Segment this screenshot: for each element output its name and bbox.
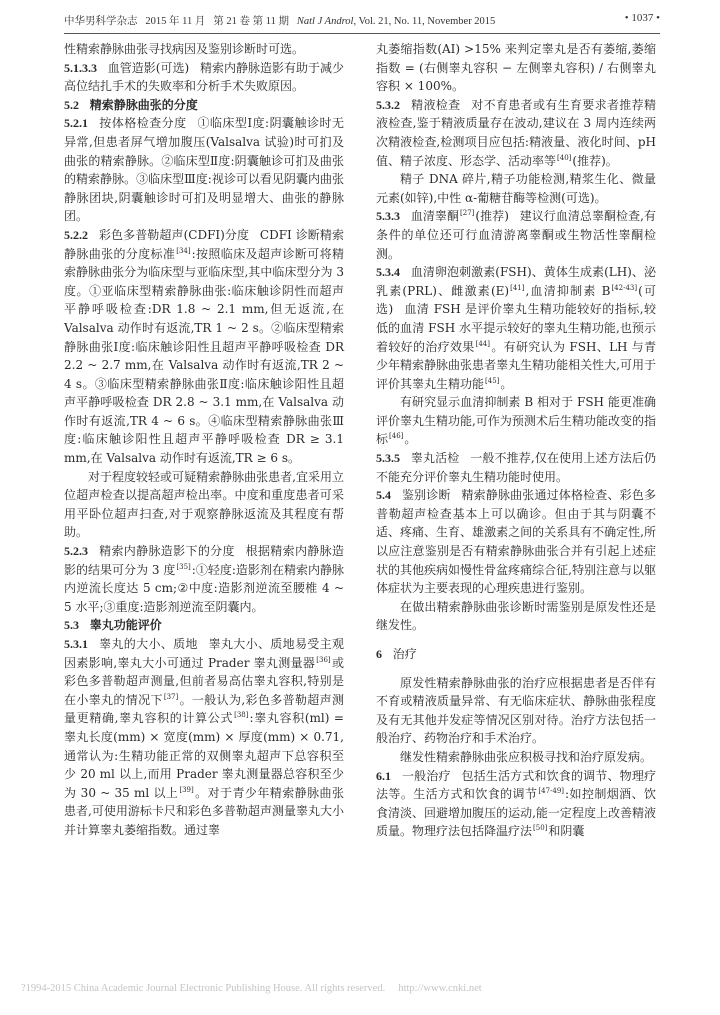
section-number: 5.3.3 [376,209,400,223]
section-5-3-4: 5.3.4血清卵泡刺激素(FSH)、黄体生成素(LH)、泌乳素(PRL)、雌激素… [376,263,656,393]
section-title: 治疗 [393,647,417,661]
citation-ref[interactable]: [27] [460,209,474,217]
section-number: 6.1 [376,769,391,783]
section-number: 5.4 [376,488,391,502]
citation-ref[interactable]: [42-43] [611,284,637,292]
section-text: :按照临床及超声诊断可将精索静脉曲张分为临床型与亚临床型,其中临床型分为 3 度… [64,247,344,466]
section-text: 精索内静脉造影有助于减少高位结扎手术的失败率和分析手术失败原因。 [64,61,344,94]
section-5-4: 5.4鉴别诊断精索静脉曲张通过体格检查、彩色多普勒超声检查基本上可以确诊。但由于… [376,486,656,598]
section-5-2-1: 5.2.1按体格检查分度①临床型Ⅰ度:阴囊触诊时无异常,但患者屏气增加腹压(Va… [64,114,344,226]
left-column: 性精索静脉曲张寻找病因及鉴别诊断时可选。 5.1.3.3血管造影(可选)精索内静… [64,40,344,840]
section-title: 睾丸的大小、质地 [99,637,198,651]
section-text: ①临床型Ⅰ度:阴囊触诊时无异常,但患者屏气增加腹压(Valsalva 试验)时可… [64,116,344,223]
volume-cn: 第 21 卷 第 11 期 [213,16,289,27]
paragraph-ultrasound: 对于程度较轻或可疑精索静脉曲张患者,宜采用立位超声检查以提高超声检出率。中度和重… [64,468,344,542]
paragraph-text: 有研究显示血清抑制素 B 相对于 FSH 能更准确评价睾丸生精功能,可作为预测术… [376,395,656,446]
section-text: 和阴囊 [548,824,584,838]
citation-ref[interactable]: [40] [557,154,571,162]
section-6-heading: 6治疗 [376,645,656,664]
section-title: 精液检查 [411,98,461,112]
section-5-1-3-3: 5.1.3.3血管造影(可选)精索内静脉造影有助于减少高位结扎手术的失败率和分析… [64,59,344,96]
paragraph-inhibin: 有研究显示血清抑制素 B 相对于 FSH 能更准确评价睾丸生精功能,可作为预测术… [376,393,656,449]
footer-url[interactable]: http://www.cnki.net [398,983,481,994]
section-title: 睾丸功能评价 [90,618,162,632]
section-title: 血清卵泡刺激素(FSH)、黄体生成素(LH)、泌乳素(PRL)、雌激素(E) [376,265,656,298]
citation-ref[interactable]: [45] [485,377,499,385]
section-number: 5.3 [64,618,79,632]
paragraph-sperm-dna: 精子 DNA 碎片,精子功能检测,精浆生化、微量元素(如锌),中性 α-葡糖苷酶… [376,170,656,207]
citation-ref[interactable]: [47-49] [538,787,564,795]
section-5-2-heading: 5.2精索静脉曲张的分度 [64,96,344,115]
header-citation: 中华男科学杂志 2015 年 11 月 第 21 卷 第 11 期 Natl J… [64,13,495,28]
citation-ref[interactable]: [50] [533,824,547,832]
section-number: 5.2.3 [64,544,88,558]
citation-ref[interactable]: [38] [234,711,248,719]
paragraph-text: 。 [404,432,416,446]
section-title: (推荐) [475,209,509,223]
paragraph-primary-secondary: 在做出精索静脉曲张诊断时需鉴别是原发性还是继发性。 [376,598,656,635]
paragraph-treatment: 原发性精索静脉曲张的治疗应根据患者是否伴有不育或精液质量异常、有无临床症状、静脉… [376,674,656,748]
section-6-1: 6.1一般治疗包括生活方式和饮食的调节、物理疗法等。生活方式和饮食的调节[47-… [376,767,656,841]
journal-name-en: Natl J Androl [297,16,354,27]
paragraph-secondary: 继发性精索静脉曲张应积极寻找和治疗原发病。 [376,748,656,767]
section-title: 睾丸活检 [411,451,460,465]
citation-ref[interactable]: [37] [164,693,178,701]
journal-name-cn: 中华男科学杂志 [64,16,138,27]
section-title: 彩色多普勒超声(CDFI)分度 [99,228,249,242]
citation-ref[interactable]: [36] [316,656,330,664]
citation-ref[interactable]: [44] [476,340,490,348]
section-5-2-3: 5.2.3精索内静脉造影下的分度根据精索内静脉造影的结果可分为 3 度[35]:… [64,542,344,616]
paragraph-continuation: 性精索静脉曲张寻找病因及鉴别诊断时可选。 [64,40,344,59]
issue-date-cn: 2015 年 11 月 [145,16,205,27]
paragraph-continuation: 丸萎缩指数(AI) >15% 来判定睾丸是否有萎缩,萎缩指数 = (右侧睾丸容积… [376,40,656,96]
section-number: 5.1.3.3 [64,61,97,75]
section-title: 鉴别诊断 [402,488,451,502]
section-text: 精索静脉曲张通过体格检查、彩色多普勒超声检查基本上可以确诊。但由于其与阴囊不适、… [376,488,656,595]
section-number: 5.2 [64,98,79,112]
right-column: 丸萎缩指数(AI) >15% 来判定睾丸是否有萎缩,萎缩指数 = (右侧睾丸容积… [376,40,656,841]
section-title: 一般治疗 [402,769,451,783]
volume-en: , Vol. 21, No. 11, November 2015 [353,16,495,27]
citation-ref[interactable]: [46] [389,432,403,440]
section-number: 5.3.5 [376,451,400,465]
section-number: 6 [376,647,382,661]
section-5-3-2: 5.3.2精液检查对不育患者或有生育要求者推荐精液检查,鉴于精液质量存在波动,建… [376,96,656,170]
copyright-footer: ?1994-2015 China Academic Journal Electr… [21,983,482,994]
copyright-text: ?1994-2015 China Academic Journal Electr… [21,983,385,994]
section-number: 5.2.1 [64,116,88,130]
section-number: 5.3.4 [376,265,400,279]
section-5-3-3: 5.3.3血清睾酮[27](推荐)建议行血清总睾酮检查,有条件的单位还可行血清游… [376,207,656,263]
section-title: 精索内静脉造影下的分度 [99,544,235,558]
section-title: 血管造影(可选) [108,61,189,75]
section-text: (推荐)。 [572,154,617,168]
citation-ref[interactable]: [35] [176,563,190,571]
citation-ref[interactable]: [34] [176,247,190,255]
section-number: 5.2.2 [64,228,88,242]
citation-ref[interactable]: [41] [510,284,524,292]
section-title: 精索静脉曲张的分度 [90,98,198,112]
section-5-3-heading: 5.3睾丸功能评价 [64,616,344,635]
section-number: 5.3.1 [64,637,88,651]
section-5-3-5: 5.3.5睾丸活检一般不推荐,仅在使用上述方法后仍不能充分评价睾丸生精功能时使用… [376,449,656,486]
citation-ref[interactable]: [39] [179,786,193,794]
section-5-2-2: 5.2.2彩色多普勒超声(CDFI)分度CDFI 诊断精索静脉曲张的分度标准[3… [64,226,344,468]
section-number: 5.3.2 [376,98,400,112]
section-5-3-1: 5.3.1睾丸的大小、质地睾丸大小、质地易受主观因素影响,睾丸大小可通过 Pra… [64,635,344,840]
running-header: 中华男科学杂志 2015 年 11 月 第 21 卷 第 11 期 Natl J… [64,9,660,34]
section-text: 。 [500,377,512,391]
section-title: 按体格检查分度 [99,116,187,130]
page-number: • 1037 • [625,12,660,24]
section-title: 血清睾酮 [411,209,459,223]
section-title: ,血清抑制素 B [525,284,610,298]
